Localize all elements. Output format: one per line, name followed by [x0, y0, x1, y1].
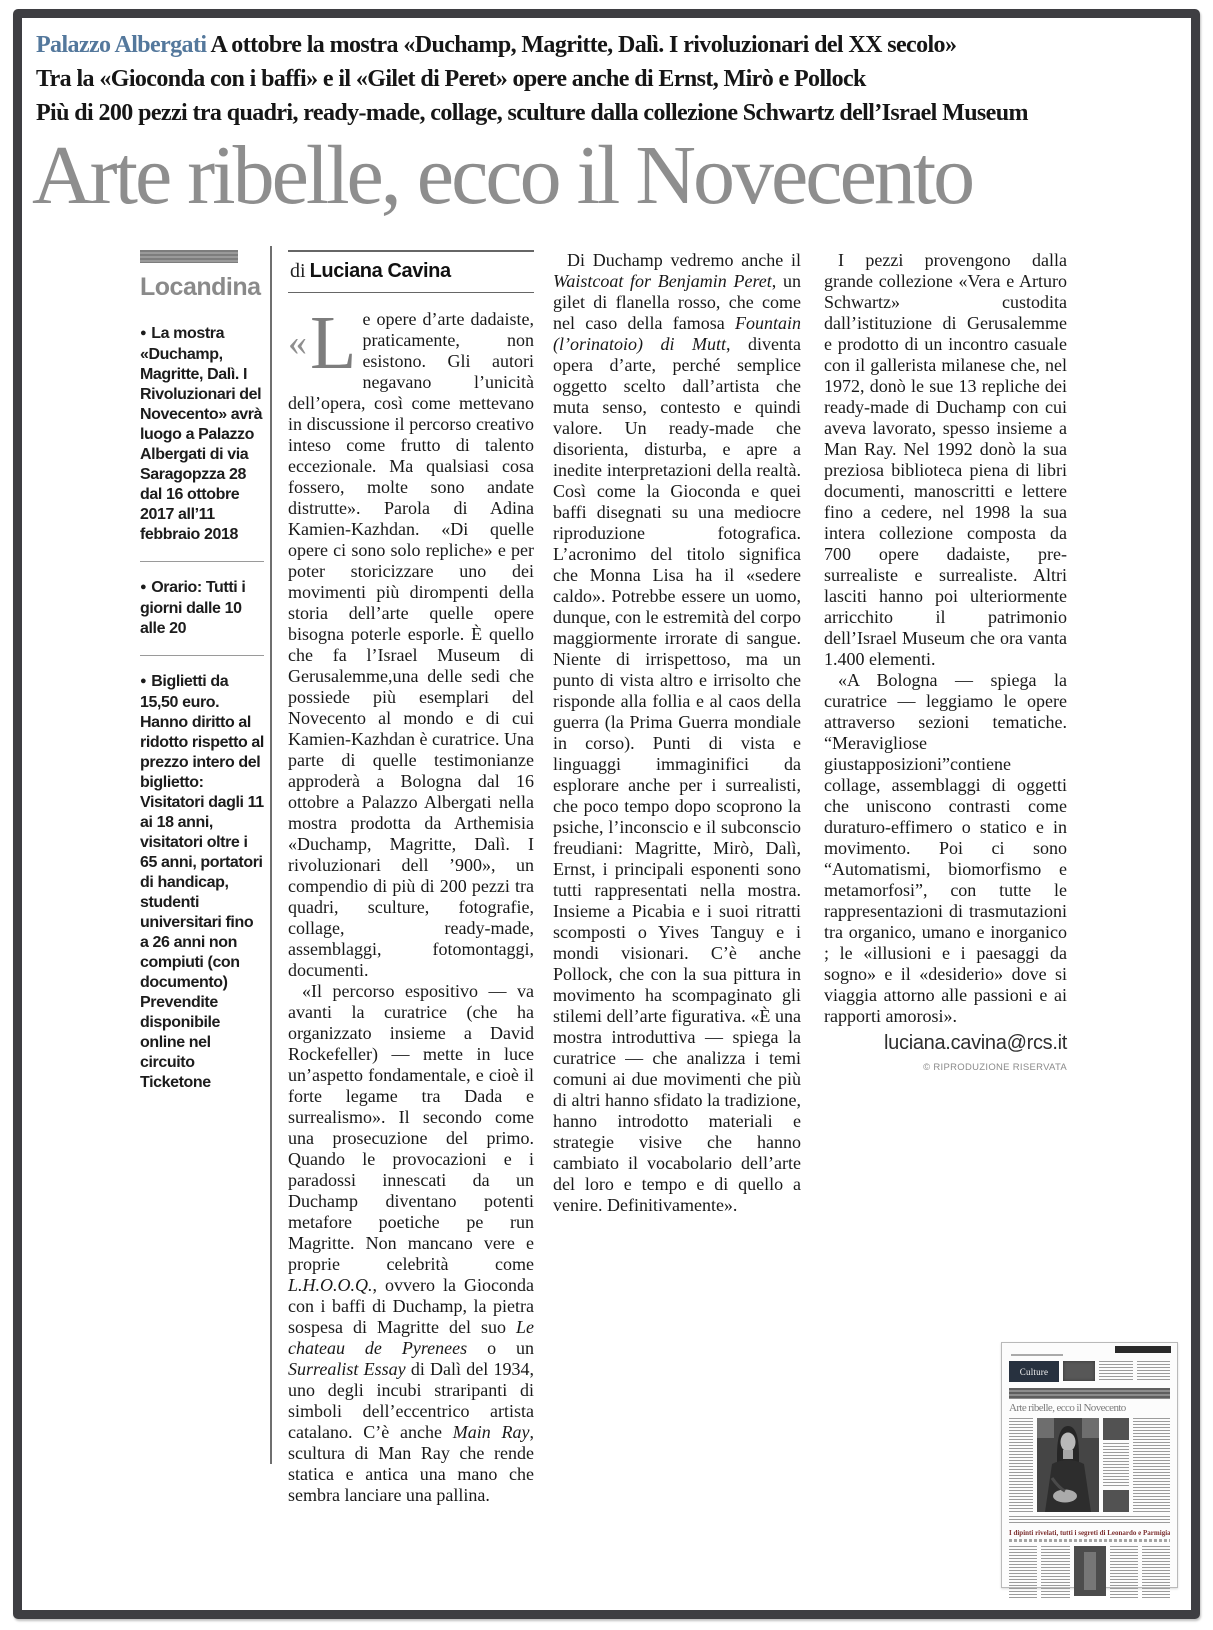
article-column-2: Di Duchamp vedremo anche il Waistcoat fo…	[553, 250, 801, 1216]
sidebar-item-text: La mostra «Duchamp, Magritte, Dalì. I Ri…	[140, 325, 262, 543]
bullet-icon: ●	[140, 675, 146, 687]
byline-prefix: di	[290, 260, 306, 282]
thumbnail-main-row	[1009, 1418, 1170, 1512]
kicker: Palazzo Albergati A ottobre la mostra «D…	[36, 28, 1176, 130]
article-column-2-body: Di Duchamp vedremo anche il Waistcoat fo…	[553, 250, 801, 1216]
text-segment: o un	[467, 1338, 534, 1358]
sidebar-item: ●Orario: Tutti i giorni dalle 10 alle 20	[140, 561, 264, 639]
sidebar-item: ●La mostra «Duchamp, Magritte, Dalì. I R…	[140, 324, 264, 545]
text-segment: e opere d’arte dadaiste, praticamente, n…	[288, 309, 534, 980]
column-divider-rule	[270, 246, 272, 1464]
thumbnail-sub-headline: I dipinti rivelati, tutti i segreti di L…	[1009, 1529, 1170, 1537]
text-segment: Main Ray	[453, 1422, 530, 1442]
thumbnail-sub-deck	[1009, 1539, 1170, 1542]
thumbnail-text-block	[1009, 1418, 1033, 1512]
kicker-line-2: Tra la «Gioconda con i baffi» e il «Gile…	[36, 62, 1176, 96]
article-column-1-body: «Le opere d’arte dadaiste, praticamente,…	[288, 309, 534, 1506]
thumbnail-text-block	[1142, 1546, 1170, 1598]
thumbnail-top-tag	[1115, 1346, 1171, 1353]
thumbnail-text-block	[1041, 1546, 1069, 1598]
article-paragraph: «A Bologna — spiega la curatrice — leggi…	[824, 670, 1067, 1027]
text-segment: «Il percorso espositivo — va avanti la c…	[288, 981, 534, 1274]
sidebar-gray-bar	[140, 250, 238, 263]
page-thumbnail: Culture Arte ribelle, ecco il Novecento	[1001, 1342, 1178, 1588]
article-paragraph: «Il percorso espositivo — va avanti la c…	[288, 981, 534, 1506]
drop-cap-quote: «	[288, 323, 307, 363]
text-segment: Surrealist Essay	[288, 1359, 406, 1379]
signature-block: luciana.cavina@rcs.it © RIPRODUZIONE RIS…	[824, 1033, 1067, 1078]
thumbnail-masthead: Culture	[1009, 1361, 1059, 1382]
thumbnail-text-block	[1133, 1418, 1170, 1512]
byline-author: Luciana Cavina	[310, 260, 451, 282]
bullet-icon: ●	[140, 327, 146, 339]
text-segment: Di Duchamp vedremo anche il	[567, 250, 801, 270]
sidebar-locandina: Locandina ●La mostra «Duchamp, Magritte,…	[140, 250, 264, 1093]
article-column-1: diLuciana Cavina «Le opere d’arte dadais…	[288, 250, 534, 1506]
text-segment: «A Bologna — spiega la curatrice — leggi…	[824, 670, 1067, 1026]
article-paragraph: Di Duchamp vedremo anche il Waistcoat fo…	[553, 250, 801, 1216]
sidebar-items: ●La mostra «Duchamp, Magritte, Dalì. I R…	[140, 324, 264, 1093]
mona-lisa-image	[1037, 1418, 1099, 1512]
thumbnail-text-block	[1099, 1361, 1133, 1382]
thumbnail-bottom-row	[1009, 1546, 1170, 1598]
thumbnail-text-block	[1110, 1546, 1138, 1598]
sidebar-item: ●Biglietti da 15,50 euro. Hanno diritto …	[140, 655, 264, 1093]
thumbnail-dateline	[1011, 1354, 1063, 1356]
article-column-3: I pezzi provengono dalla grande collezio…	[824, 250, 1067, 1078]
kicker-highlight: Palazzo Albergati	[36, 32, 206, 58]
kicker-line-1-text: A ottobre la mostra «Duchamp, Magritte, …	[206, 32, 956, 58]
kicker-line-1: Palazzo Albergati A ottobre la mostra «D…	[36, 28, 1176, 62]
thumbnail-kicker-band	[1009, 1388, 1170, 1399]
article-column-3-body: I pezzi provengono dalla grande collezio…	[824, 250, 1067, 1027]
author-email: luciana.cavina@rcs.it	[824, 1033, 1067, 1054]
copyright-notice: © RIPRODUZIONE RISERVATA	[824, 1057, 1067, 1078]
article-paragraph: I pezzi provengono dalla grande collezio…	[824, 250, 1067, 670]
drop-cap: «L	[288, 313, 356, 373]
thumbnail-headline: Arte ribelle, ecco il Novecento	[1009, 1402, 1170, 1414]
sidebar-item-text: Orario: Tutti i giorni dalle 10 alle 20	[140, 579, 245, 637]
thumbnail-bottom-photo	[1074, 1546, 1106, 1596]
text-segment: Waistcoat for Benjamin Peret	[553, 271, 772, 291]
sidebar-item-text: Biglietti da 15,50 euro. Hanno diritto a…	[140, 673, 264, 1091]
thumbnail-caption-strip	[1009, 1516, 1170, 1525]
text-segment: L.H.O.O.Q.	[288, 1275, 373, 1295]
text-segment: I pezzi provengono dalla grande collezio…	[824, 250, 1067, 669]
thumbnail-text-block	[1009, 1546, 1037, 1598]
thumbnail-side-column	[1103, 1418, 1129, 1512]
kicker-line-3: Più di 200 pezzi tra quadri, ready-made,…	[36, 96, 1176, 130]
thumbnail-header-row: Culture	[1009, 1361, 1170, 1382]
thumbnail-text-block	[1137, 1361, 1171, 1382]
byline: diLuciana Cavina	[288, 250, 534, 293]
thumbnail-side-photo	[1103, 1418, 1129, 1440]
thumbnail-masthead-label: Culture	[1020, 1367, 1048, 1377]
thumbnail-side-photo	[1103, 1490, 1129, 1512]
sidebar-title: Locandina	[140, 273, 264, 302]
thumbnail-top-photo	[1063, 1361, 1095, 1381]
article-headline: Arte ribelle, ecco il Novecento	[32, 130, 1182, 222]
text-segment: , diventa opera d’arte, perché semplice …	[553, 334, 801, 1215]
article-paragraph: «Le opere d’arte dadaiste, praticamente,…	[288, 309, 534, 981]
drop-cap-letter: L	[310, 313, 356, 373]
bullet-icon: ●	[140, 581, 146, 593]
thumbnail-text-block	[1103, 1443, 1129, 1487]
newspaper-page: Palazzo Albergati A ottobre la mostra «D…	[0, 0, 1213, 1630]
